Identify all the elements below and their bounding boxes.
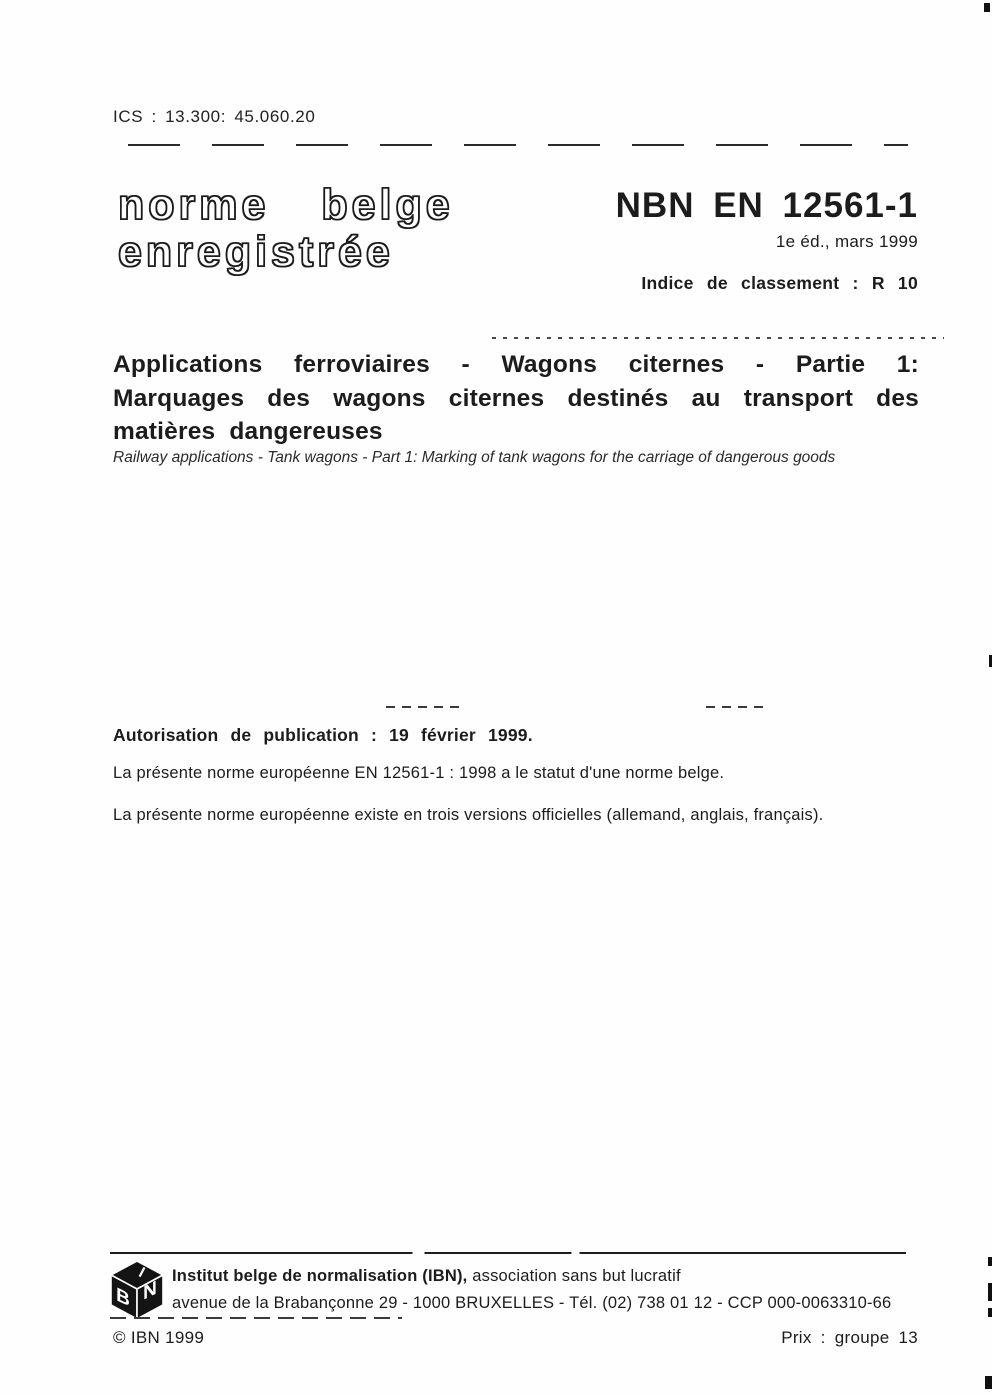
institute-address: avenue de la Brabançonne 29 - 1000 BRUXE… bbox=[172, 1290, 891, 1317]
scan-artifact bbox=[988, 1283, 992, 1301]
classification-index: Indice de classement : R 10 bbox=[616, 273, 918, 294]
standard-number: NBN EN 12561-1 bbox=[616, 186, 918, 226]
publication-authorization: Autorisation de publication : 19 février… bbox=[113, 725, 533, 746]
footer-top-rule bbox=[110, 1252, 906, 1254]
mid-dashed-segment-left bbox=[386, 706, 462, 708]
title-english: Railway applications - Tank wagons - Par… bbox=[113, 449, 933, 467]
copyright-notice: © IBN 1999 bbox=[113, 1328, 204, 1348]
title-french: Applications ferroviaires - Wagons citer… bbox=[113, 348, 919, 449]
scan-artifact bbox=[985, 1376, 992, 1389]
logotype-line-1: norme belge bbox=[118, 182, 454, 229]
status-paragraph: La présente norme européenne EN 12561-1 … bbox=[113, 764, 724, 783]
scan-artifact bbox=[984, 3, 990, 12]
versions-paragraph: La présente norme européenne existe en t… bbox=[113, 806, 823, 825]
ics-code: ICS : 13.300: 45.060.20 bbox=[113, 107, 315, 127]
standard-cover-page: ICS : 13.300: 45.060.20 norme belge enre… bbox=[0, 0, 992, 1395]
scan-artifact bbox=[988, 1308, 992, 1317]
mid-dashed-segment-right bbox=[706, 706, 768, 708]
institute-type: association sans but lucratif bbox=[467, 1267, 680, 1285]
ibn-cube-logo-icon: I B N bbox=[110, 1260, 165, 1320]
institute-name: Institut belge de normalisation (IBN), bbox=[172, 1267, 467, 1285]
footer-dashed-rule bbox=[110, 1317, 402, 1319]
standard-reference-block: NBN EN 12561-1 1e éd., mars 1999 Indice … bbox=[616, 186, 918, 294]
institute-line: Institut belge de normalisation (IBN), a… bbox=[172, 1263, 891, 1290]
scan-artifact bbox=[988, 1257, 992, 1266]
norme-belge-logotype: norme belge enregistrée bbox=[118, 182, 454, 276]
institute-info: Institut belge de normalisation (IBN), a… bbox=[172, 1263, 891, 1316]
logotype-line-2: enregistrée bbox=[118, 229, 454, 276]
top-dashed-rule bbox=[128, 144, 908, 146]
edition-date: 1e éd., mars 1999 bbox=[616, 232, 918, 252]
price-group: Prix : groupe 13 bbox=[781, 1328, 918, 1348]
title-dotted-rule bbox=[492, 337, 944, 339]
